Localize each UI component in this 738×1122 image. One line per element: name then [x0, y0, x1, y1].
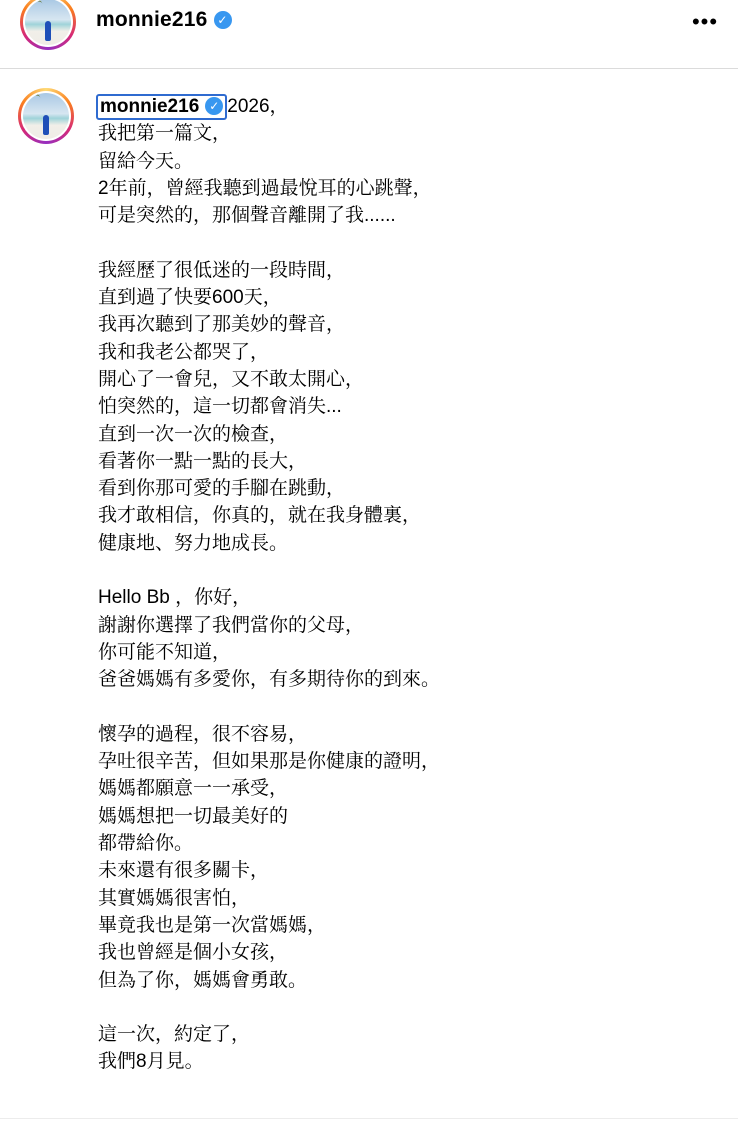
post-header: monnie216✓ ••• [0, 0, 738, 69]
caption-line: 懷孕的過程，很不容易， [98, 724, 307, 745]
caption-line: 謝謝你選擇了我們當你的父母， [98, 615, 364, 636]
header-username-text[interactable]: monnie216 [96, 8, 208, 31]
palm-leaf-decor [23, 93, 43, 110]
caption-line: 我才敢相信，你真的，就在我身體裏， [98, 505, 421, 526]
verified-badge-icon: ✓ [214, 11, 232, 29]
verified-badge-icon: ✓ [205, 97, 223, 115]
person-figure [43, 115, 49, 135]
caption-line: 其實媽媽很害怕， [98, 888, 250, 909]
caption-line: 我把第一篇文， [98, 123, 231, 144]
person-figure [45, 21, 51, 41]
caption-line: 你可能不知道， [98, 642, 231, 663]
caption-line: 2年前，曾經我聽到過最悅耳的心跳聲， [98, 178, 432, 199]
caption-line: 我和我老公都哭了， [98, 342, 269, 363]
caption-line: 我經歷了很低迷的一段時間， [98, 260, 345, 281]
caption-line: 可是突然的，那個聲音離開了我...... [98, 205, 396, 226]
caption-body: 我把第一篇文， 留給今天。 2年前，曾經我聽到過最悅耳的心跳聲， 可是突然的，那… [98, 123, 440, 1072]
more-options-button[interactable]: ••• [690, 12, 720, 32]
caption-line: Hello Bb ，你好， [98, 587, 251, 608]
caption-line: 媽媽都願意一一承受， [98, 778, 288, 799]
caption-line: 留給今天。 [98, 151, 193, 172]
more-horizontal-icon: ••• [692, 9, 718, 34]
avatar-photo [23, 93, 69, 139]
caption-line: 這一次，約定了， [98, 1024, 250, 1045]
caption-line: 直到過了快要600天， [98, 287, 282, 308]
caption-author-link[interactable]: monnie216✓ [96, 94, 227, 120]
caption-first-line: 2026， [227, 96, 288, 117]
divider [0, 1118, 738, 1119]
caption-line: 開心了一會兒，又不敢太開心， [98, 369, 364, 390]
caption-line: 爸爸媽媽有多愛你，有多期待你的到來。 [98, 669, 440, 690]
header-avatar[interactable] [20, 0, 76, 50]
caption-line: 未來還有很多關卡， [98, 860, 269, 881]
caption-line: 但為了你，媽媽會勇敢。 [98, 970, 307, 991]
caption-line: 媽媽想把一切最美好的 [98, 806, 288, 827]
caption-line: 都帶給你。 [98, 833, 193, 854]
caption-avatar[interactable] [18, 88, 74, 144]
caption-text: monnie216✓2026， 我把第一篇文， 留給今天。 2年前，曾經我聽到過… [98, 93, 718, 1076]
avatar-photo [25, 0, 71, 45]
caption-author-name[interactable]: monnie216 [100, 96, 199, 117]
caption-line: 直到一次一次的檢查， [98, 424, 288, 445]
caption-line: 看到你那可愛的手腳在跳動， [98, 478, 345, 499]
caption-line: 怕突然的，這一切都會消失... [98, 396, 342, 417]
caption-line: 看著你一點一點的長大， [98, 451, 307, 472]
palm-leaf-decor [25, 0, 45, 16]
caption-line: 我也曾經是個小女孩， [98, 942, 288, 963]
caption-line: 健康地、努力地成長。 [98, 533, 288, 554]
caption-line: 我們8月見。 [98, 1051, 204, 1072]
caption-line: 我再次聽到了那美妙的聲音， [98, 314, 345, 335]
header-username[interactable]: monnie216✓ [96, 8, 232, 32]
caption-line: 畢竟我也是第一次當媽媽， [98, 915, 326, 936]
caption-line: 孕吐很辛苦，但如果那是你健康的證明， [98, 751, 440, 772]
